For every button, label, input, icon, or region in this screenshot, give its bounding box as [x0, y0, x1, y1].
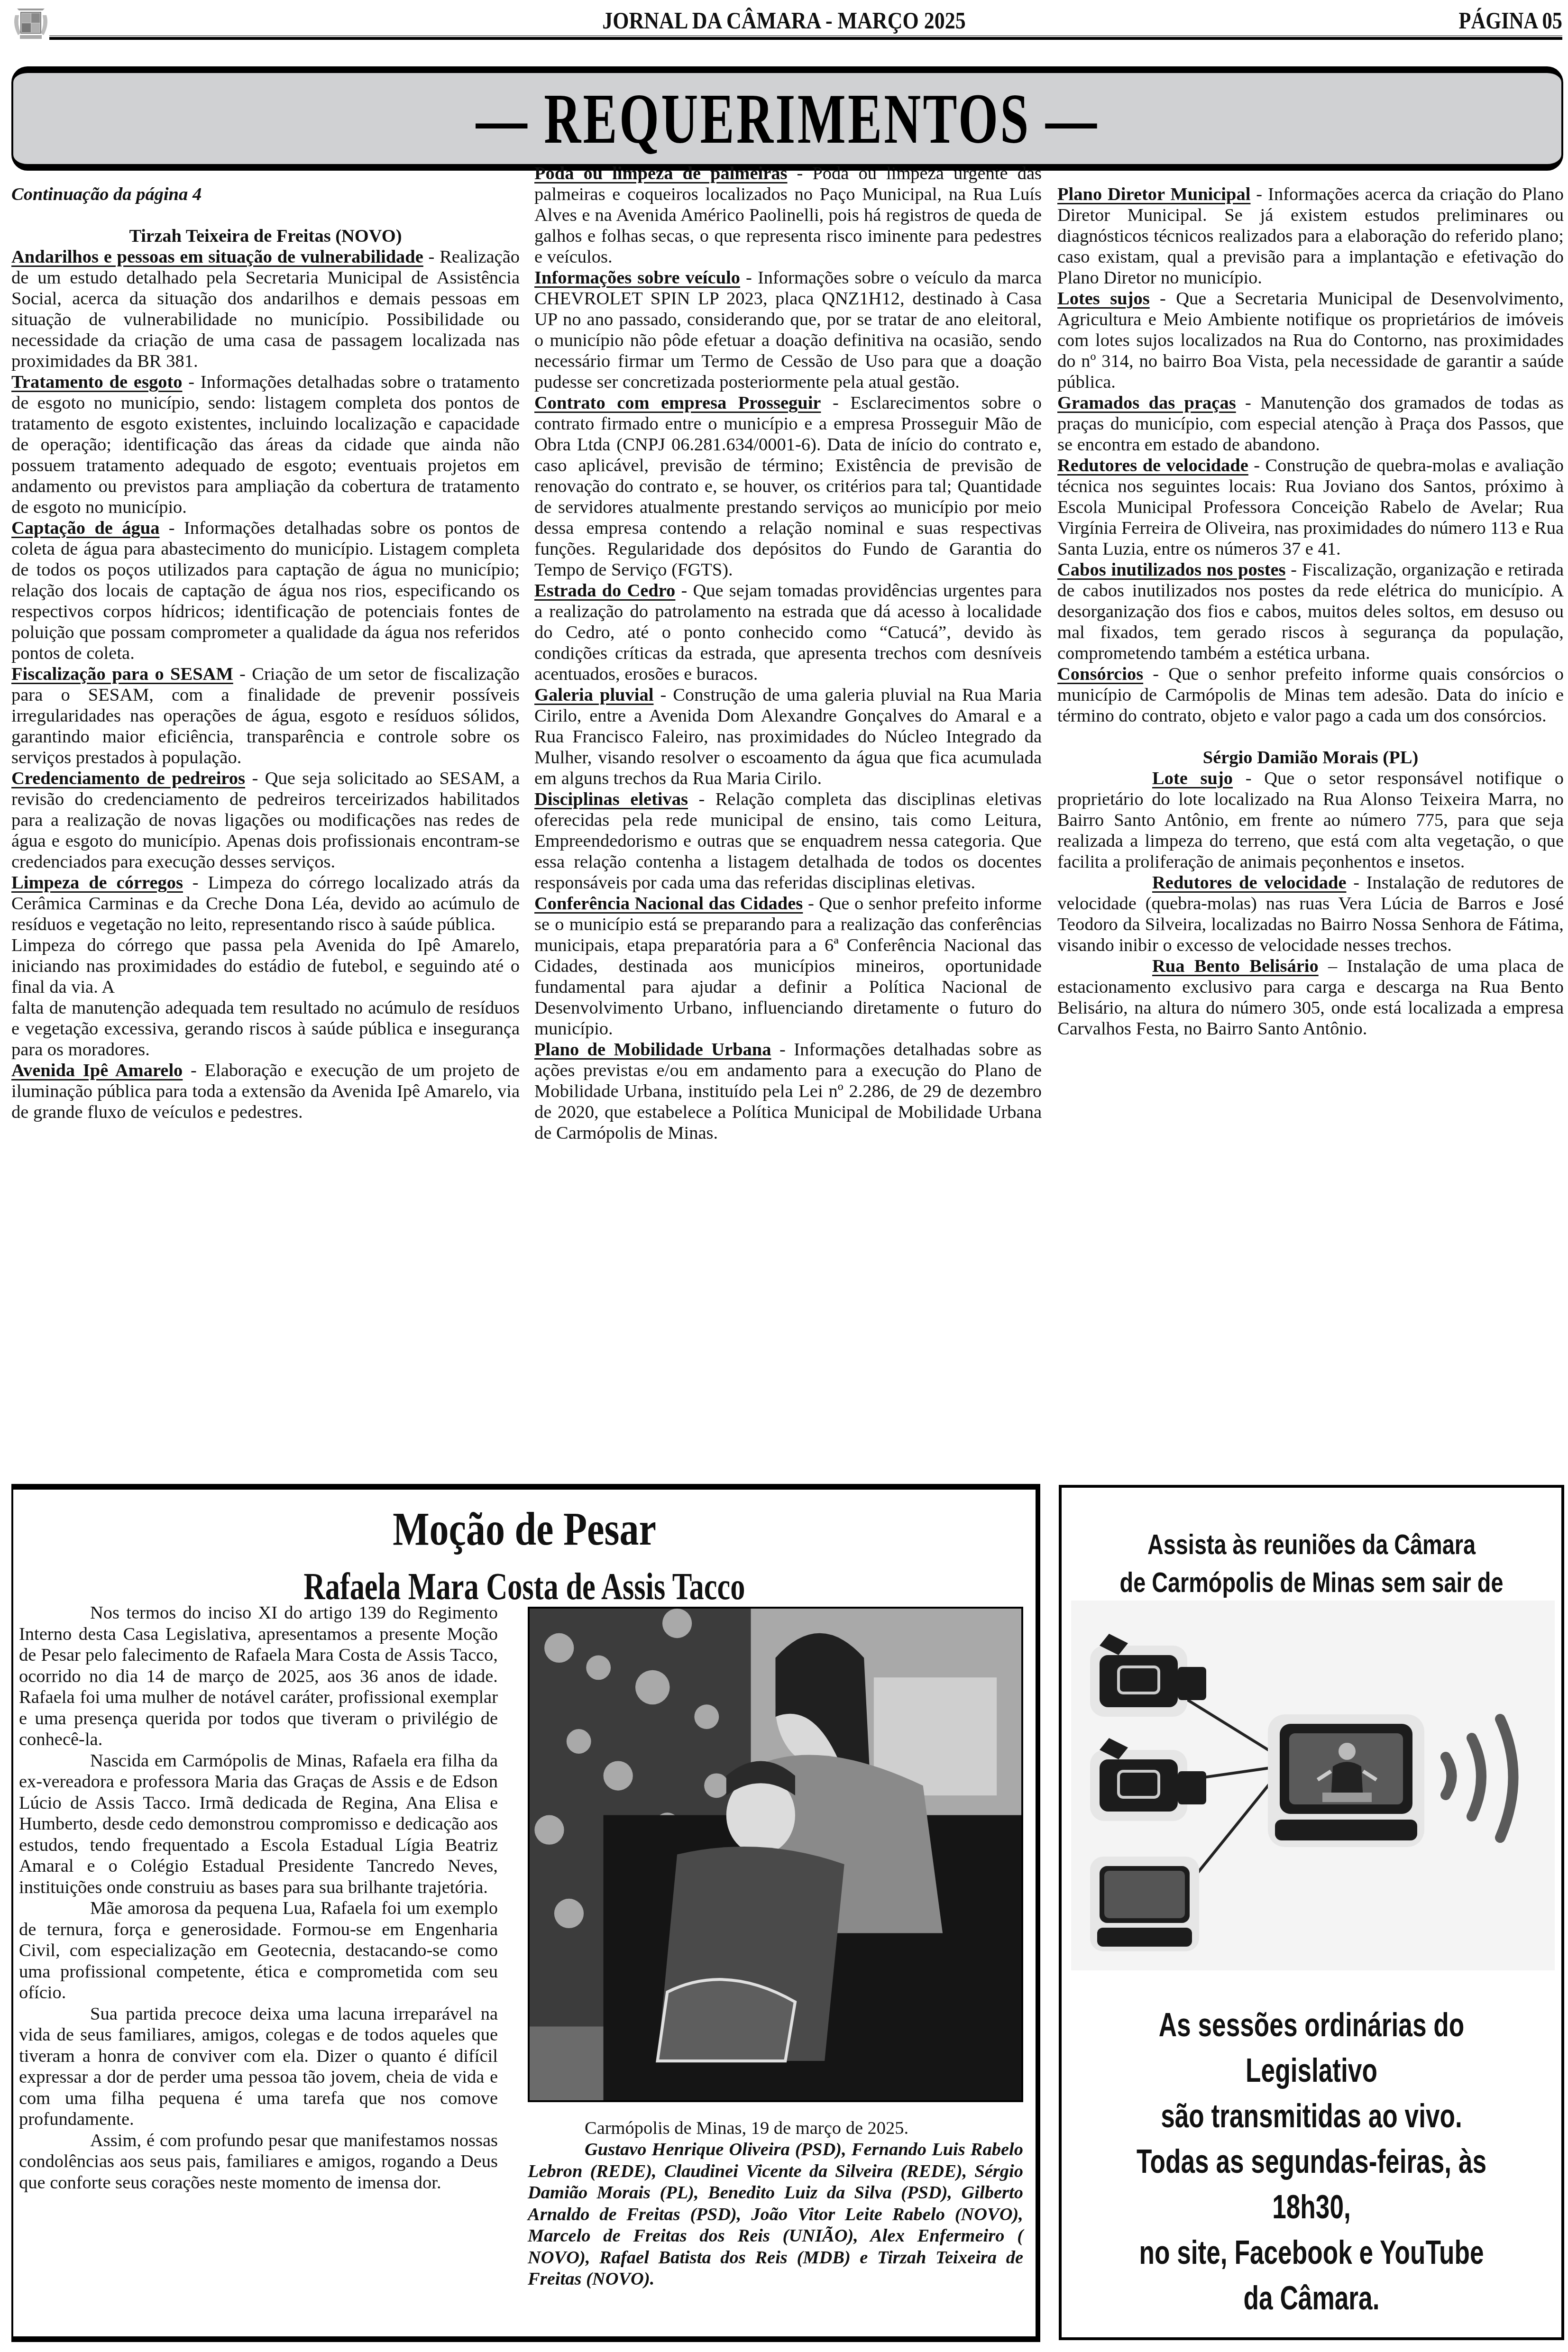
request-topic: Conferência Nacional das Cidades [534, 894, 803, 914]
section-title: — REQUERIMENTOS — [230, 83, 1345, 155]
motion-signers: Gustavo Henrique Oliveira (PSD), Fernand… [528, 2139, 1023, 2290]
request-item: Avenida Ipê Amarelo - Elaboração e execu… [11, 1060, 520, 1123]
request-text: Limpeza do córrego que passa pela Avenid… [11, 935, 520, 997]
request-text: Esclarecimentos sobre o contrato firmado… [534, 393, 1042, 580]
section-banner: — REQUERIMENTOS — [11, 66, 1563, 171]
request-topic: Redutores de velocidade [1057, 456, 1248, 476]
video-camera-icon [1090, 1634, 1206, 1717]
motion-paragraph: Assim, é com profundo pesar que manifest… [19, 2130, 498, 2194]
section-author: Sérgio Damião Morais (PL) [1057, 747, 1564, 768]
live-broadcast-ad: Assista às reuniões da Câmara de Carmópo… [1059, 1485, 1564, 2340]
request-item: Plano Diretor Municipal - Informações ac… [1057, 184, 1564, 288]
motion-subtitle: Rafaela Mara Costa de Assis Tacco [126, 1565, 923, 1608]
coat-of-arms-logo-icon [10, 6, 51, 43]
ad-schedule-text: As sessões ordinárias do Legislativo são… [1121, 2002, 1501, 2321]
motion-paragraph: Nos termos do inciso XI do artigo 139 do… [19, 1602, 498, 1750]
motion-paragraph: Sua partida precoce deixa uma lacuna irr… [19, 2004, 498, 2130]
header-divider [49, 37, 1562, 40]
request-text: Informações detalhadas sobre os pontos d… [11, 518, 520, 663]
spacer [1057, 726, 1564, 747]
request-item: Redutores de velocidade - Instalação de … [1057, 872, 1564, 956]
request-topic: Cabos inutilizados nos postes [1057, 560, 1286, 580]
request-topic: Poda ou limpeza de palmeiras [534, 164, 788, 183]
request-text: Que o senhor prefeito informe se o munic… [534, 894, 1042, 1039]
request-item: Fiscalização para o SESAM - Criação de u… [11, 664, 520, 768]
wireless-waves-icon [1446, 1719, 1513, 1838]
motion-body: Nos termos do inciso XI do artigo 139 do… [19, 1602, 498, 2193]
request-text: falta de manutenção adequada tem resulta… [11, 998, 520, 1060]
broadcast-illustration [1071, 1601, 1555, 1970]
request-topic: Plano de Mobilidade Urbana [534, 1040, 771, 1060]
request-topic: Galeria pluvial [534, 685, 653, 705]
request-topic: Consórcios [1057, 664, 1143, 684]
request-topic: Fiscalização para o SESAM [11, 664, 233, 684]
portrait-photo [528, 1607, 1023, 2102]
condolence-motion-box: Moção de Pesar Rafaela Mara Costa de Ass… [11, 1484, 1040, 2342]
laptop-icon [1090, 1857, 1199, 1951]
text-column-2: Poda ou limpeza de palmeiras - Poda ou l… [534, 184, 1042, 1144]
ad-title-line: Assista às reuniões da Câmara [1117, 1526, 1506, 1564]
request-item: Redutores de velocidade - Construção de … [1057, 455, 1564, 559]
ad-line: no site, Facebook e YouTube da Câmara. [1121, 2230, 1501, 2321]
text-column-1: Continuação da página 4 Tirzah Teixeira … [11, 184, 520, 1123]
request-topic: Lotes sujos [1057, 289, 1150, 309]
motion-paragraph: Nascida em Carmópolis de Minas, Rafaela … [19, 1750, 498, 1898]
request-topic: Captação de água [11, 518, 159, 538]
request-item: Lote sujo - Que o setor responsável noti… [1057, 768, 1564, 872]
header-divider-thin [49, 36, 1562, 36]
request-topic: Gramados das praças [1057, 393, 1236, 413]
video-camera-icon [1090, 1738, 1206, 1821]
request-item: Conferência Nacional das Cidades - Que o… [534, 893, 1042, 1039]
request-topic: Rua Bento Belisário [1152, 956, 1319, 976]
request-item-continued: Limpeza do córrego que passa pela Avenid… [11, 935, 520, 998]
request-item: Captação de água - Informações detalhada… [11, 518, 520, 664]
portrait-photo-icon [530, 1609, 1021, 2100]
request-topic: Tratamento de esgoto [11, 372, 183, 392]
broadcast-network-icon [1071, 1601, 1555, 1970]
request-topic: Credenciamento de pedreiros [11, 769, 245, 788]
request-item: Galeria pluvial - Construção de uma gale… [534, 685, 1042, 789]
request-topic: Andarilhos e pessoas em situação de vuln… [11, 247, 423, 267]
motion-paragraph: Mãe amorosa da pequena Lua, Rafaela foi … [19, 1898, 498, 2004]
request-item-continued: falta de manutenção adequada tem resulta… [11, 998, 520, 1060]
request-topic: Disciplinas eletivas [534, 789, 688, 809]
request-item: Poda ou limpeza de palmeiras - Poda ou l… [534, 163, 1042, 267]
request-item: Lotes sujos - Que a Secretaria Municipal… [1057, 288, 1564, 393]
request-topic: Contrato com empresa Prosseguir [534, 393, 821, 413]
page-number: PÁGINA 05 [1459, 7, 1562, 34]
motion-date: Carmópolis de Minas, 19 de março de 2025… [528, 2118, 1023, 2139]
request-topic: Lote sujo [1152, 769, 1233, 788]
request-item: Limpeza de córregos - Limpeza do córrego… [11, 872, 520, 935]
request-item: Estrada do Cedro - Que sejam tomadas pro… [534, 580, 1042, 685]
laptop-presenter-icon [1268, 1714, 1424, 1847]
request-item: Cabos inutilizados nos postes - Fiscaliz… [1057, 559, 1564, 664]
request-topic: Redutores de velocidade [1152, 873, 1346, 893]
request-topic: Limpeza de córregos [11, 873, 183, 893]
request-topic: Plano Diretor Municipal [1057, 184, 1250, 204]
request-item: Contrato com empresa Prosseguir - Esclar… [534, 393, 1042, 580]
request-item: Disciplinas eletivas - Relação completa … [534, 789, 1042, 893]
request-item: Gramados das praças - Manutenção dos gra… [1057, 393, 1564, 455]
request-item: Credenciamento de pedreiros - Que seja s… [11, 768, 520, 872]
ad-line: As sessões ordinárias do [1121, 2002, 1501, 2048]
section-author: Tirzah Teixeira de Freitas (NOVO) [11, 226, 520, 247]
request-item: Plano de Mobilidade Urbana - Informações… [534, 1039, 1042, 1144]
request-item: Rua Bento Belisário – Instalação de uma … [1057, 956, 1564, 1039]
request-text: Informações detalhadas sobre o tratament… [11, 372, 520, 517]
text-column-3: Plano Diretor Municipal - Informações ac… [1057, 184, 1564, 1039]
ad-line: Legislativo [1121, 2048, 1501, 2093]
motion-title: Moção de Pesar [105, 1503, 944, 1555]
newspaper-title: JORNAL DA CÂMARA - MARÇO 2025 [94, 7, 1474, 34]
request-text: Que o setor responsável notifique o prop… [1057, 769, 1564, 872]
ad-line: são transmitidas ao vivo. [1121, 2093, 1501, 2139]
request-topic: Estrada do Cedro [534, 581, 675, 601]
request-topic: Informações sobre veículo [534, 268, 740, 288]
request-item: Consórcios - Que o senhor prefeito infor… [1057, 664, 1564, 726]
request-topic: Avenida Ipê Amarelo [11, 1061, 183, 1080]
ad-line: Todas as segundas-feiras, às 18h30, [1121, 2139, 1501, 2230]
continuation-note: Continuação da página 4 [11, 184, 520, 205]
request-item: Tratamento de esgoto - Informações detal… [11, 372, 520, 518]
request-item: Informações sobre veículo - Informações … [534, 267, 1042, 393]
request-item: Andarilhos e pessoas em situação de vuln… [11, 247, 520, 372]
